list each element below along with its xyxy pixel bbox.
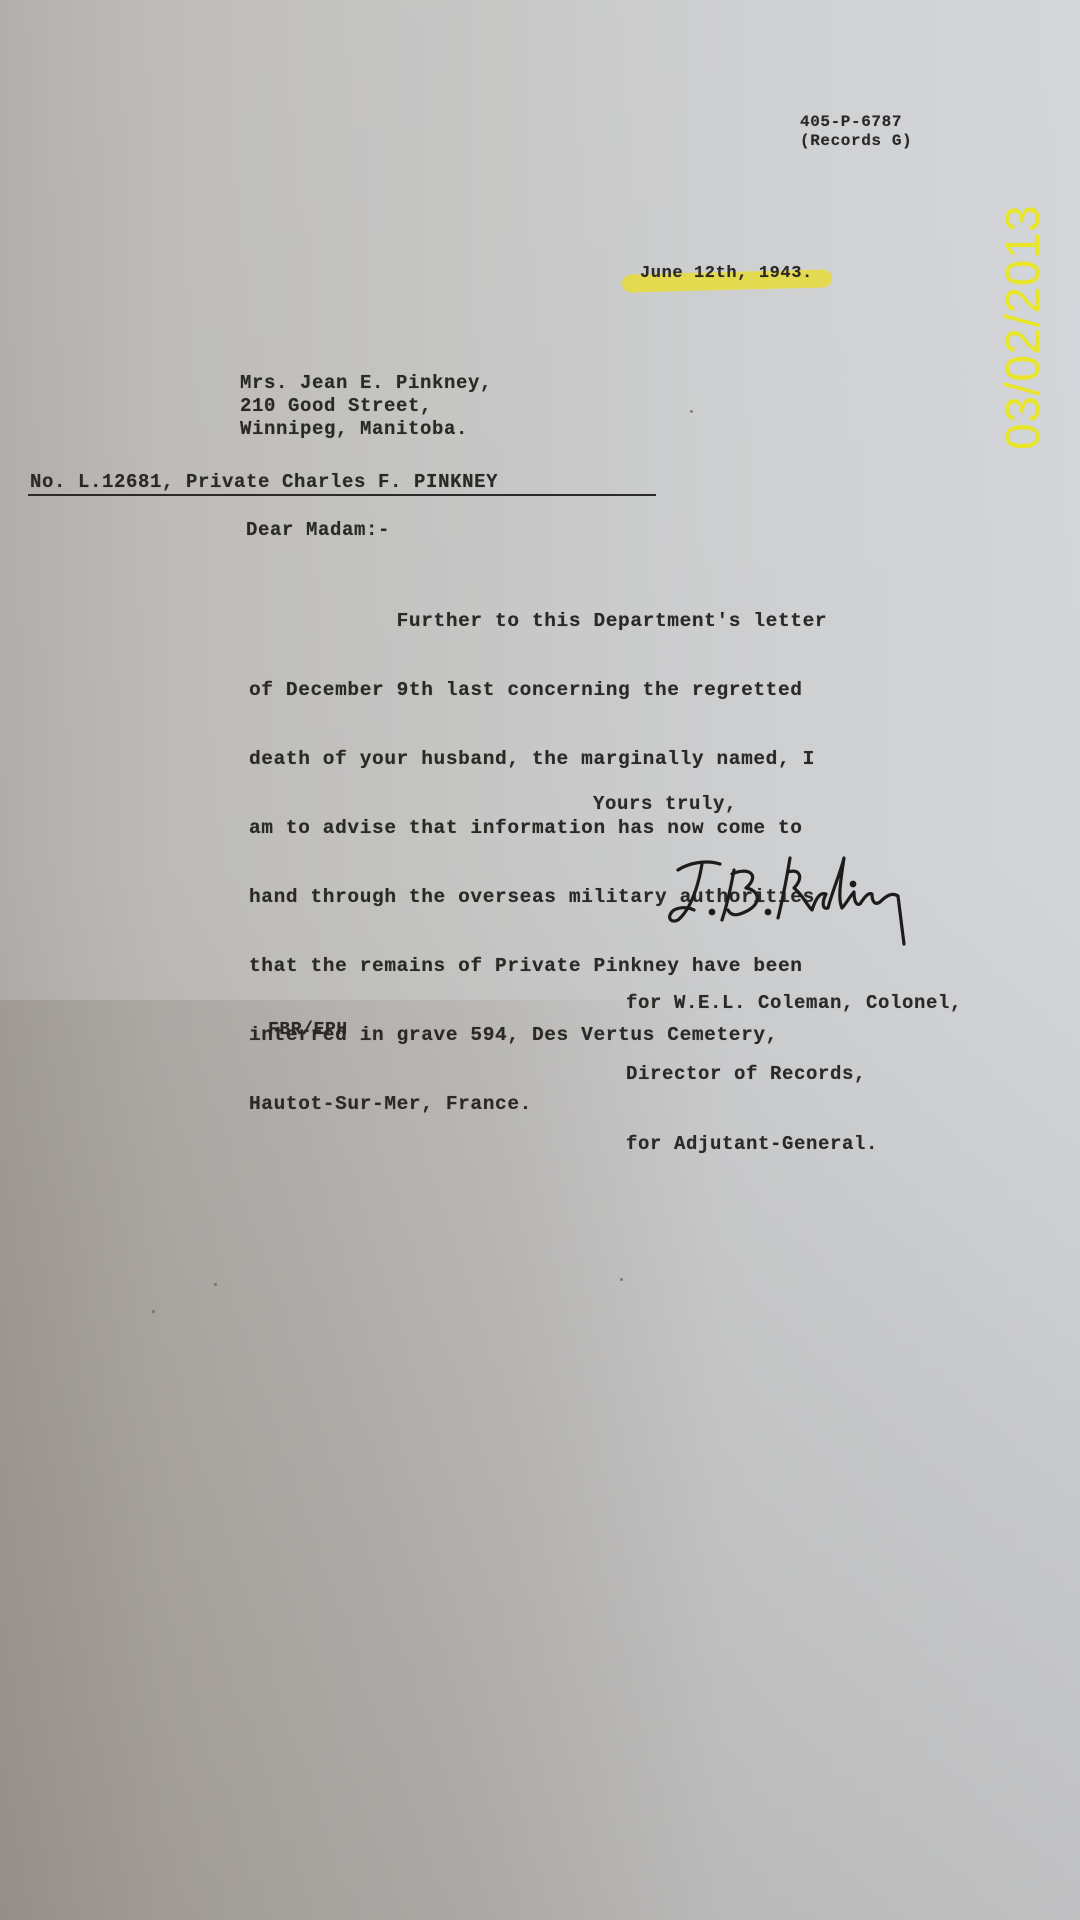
- letter-page: 405-P-6787(Records G) June 12th, 1943. M…: [0, 0, 1080, 1920]
- body-line: Further to this Department's letter: [249, 610, 827, 633]
- handwritten-signature: F.B. Radine: [660, 848, 920, 958]
- recipient-address: Mrs. Jean E. Pinkney,210 Good Street,Win…: [240, 372, 492, 441]
- recipient-name: Mrs. Jean E. Pinkney,: [240, 372, 492, 395]
- reference-number: 405-P-6787: [800, 113, 912, 132]
- subject-line: No. L.12681, Private Charles F. PINKNEY: [30, 470, 498, 494]
- body-line: of December 9th last concerning the regr…: [249, 679, 827, 702]
- signatory-title: Director of Records,: [626, 1063, 962, 1087]
- letter-date: June 12th, 1943.: [640, 262, 813, 286]
- camera-date-stamp: 03/02/2013: [1000, 205, 1048, 450]
- reference-block: 405-P-6787(Records G): [800, 113, 912, 151]
- signatory-authority: for Adjutant-General.: [626, 1133, 962, 1157]
- typist-initials: FBR/EPH: [268, 1018, 348, 1042]
- reference-department: (Records G): [800, 132, 912, 151]
- recipient-street: 210 Good Street,: [240, 395, 492, 418]
- salutation: Dear Madam:-: [246, 518, 390, 542]
- paper-speck: [214, 1283, 217, 1286]
- body-line: am to advise that information has now co…: [249, 817, 827, 840]
- paper-speck: [152, 1310, 155, 1313]
- recipient-city: Winnipeg, Manitoba.: [240, 418, 492, 441]
- closing: Yours truly,: [593, 792, 737, 816]
- paper-speck: [690, 410, 693, 413]
- subject-underline: [28, 494, 656, 496]
- body-line: death of your husband, the marginally na…: [249, 748, 827, 771]
- signatory-line: for W.E.L. Coleman, Colonel,: [626, 992, 962, 1016]
- paper-speck: [620, 1278, 623, 1281]
- signature-block: for W.E.L. Coleman, Colonel, Director of…: [626, 945, 962, 1204]
